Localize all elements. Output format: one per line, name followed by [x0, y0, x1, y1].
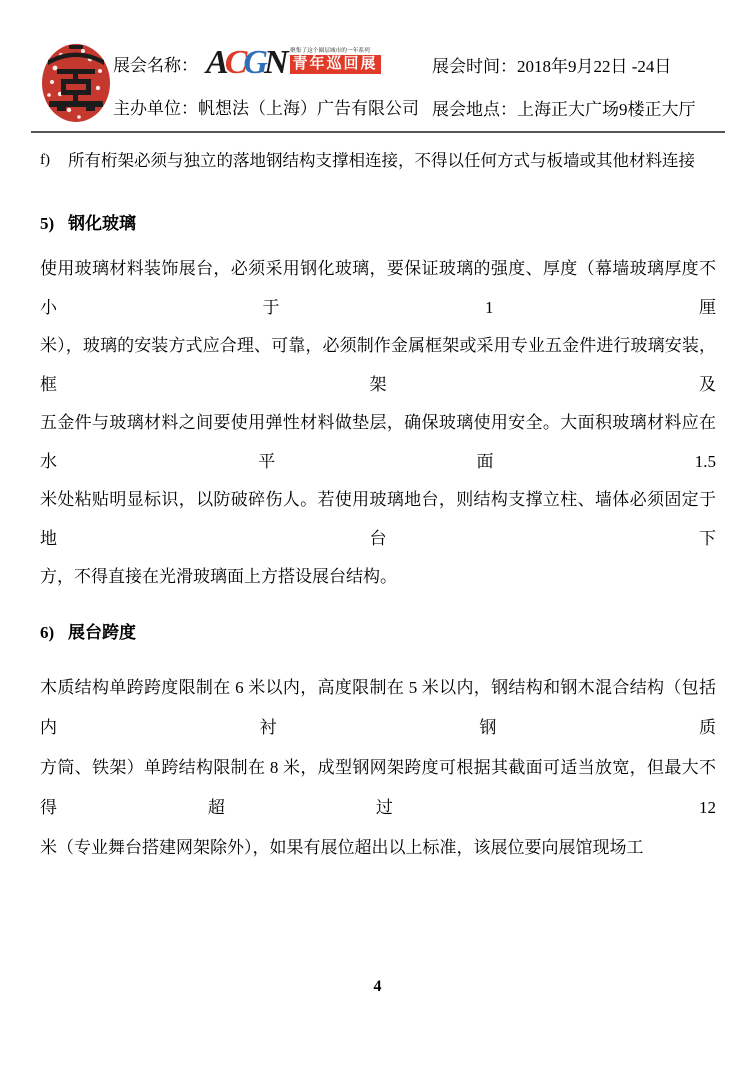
- exhibition-time-label: 展会时间：: [432, 57, 517, 76]
- list-item-f: f) 所有桁架必须与独立的落地钢结构支撑相连接，不得以任何方式与板墙或其他材料连…: [40, 148, 716, 173]
- list-item-f-marker: f): [40, 148, 68, 173]
- logo-banner: 青年巡回展: [290, 55, 381, 74]
- section-6-number: 6): [40, 622, 68, 644]
- acgn-letter-a: A: [206, 44, 225, 81]
- acgn-logo-letters: ACGN: [206, 46, 285, 80]
- section-6-paragraph: 木质结构单跨跨度限制在 6 米以内，高度限制在 5 米以内，钢结构和钢木混合结构…: [40, 668, 716, 868]
- document-body: f) 所有桁架必须与独立的落地钢结构支撑相连接，不得以任何方式与板墙或其他材料连…: [40, 133, 716, 868]
- page-footer: 4: [0, 978, 755, 996]
- list-item-f-text: 所有桁架必须与独立的落地钢结构支撑相连接，不得以任何方式与板墙或其他材料连接: [68, 148, 695, 173]
- exhibition-time-row: 展会时间：2018年9月22日 -24日: [432, 52, 696, 77]
- acgn-letter-c: C: [225, 44, 244, 81]
- paragraph-line: 米处粘贴明显标识，以防破碎伤人。若使用玻璃地台，则结构支撑立柱、墙体必须固定于地…: [40, 481, 716, 558]
- section-5-paragraph: 使用玻璃材料装饰展台，必须采用钢化玻璃，要保证玻璃的强度、厚度（幕墙玻璃厚度不小…: [40, 250, 716, 597]
- section-5-title: 钢化玻璃: [68, 213, 136, 235]
- section-5-heading: 5) 钢化玻璃: [40, 213, 716, 235]
- paragraph-line: 使用玻璃材料装饰展台，必须采用钢化玻璃，要保证玻璃的强度、厚度（幕墙玻璃厚度不小…: [40, 250, 716, 327]
- exhibition-name-label: 展会名称：: [113, 51, 198, 76]
- header-left-column: 展会名称： ACGN 聚集了这个圈层城市的一年系列 青年巡回展 主办单位：帆想法…: [113, 42, 419, 119]
- section-5-number: 5): [40, 213, 68, 235]
- paragraph-line: 米），玻璃的安装方式应合理、可靠，必须制作金属框架或采用专业五金件进行玻璃安装，…: [40, 327, 716, 404]
- organizer-label: 主办单位：: [113, 99, 198, 118]
- paragraph-line: 方，不得直接在光滑玻璃面上方搭设展台结构。: [40, 558, 716, 597]
- header-right-column: 展会时间：2018年9月22日 -24日 展会地点：上海正大广场9楼正大厅: [432, 52, 696, 120]
- acgn-logo: ACGN 聚集了这个圈层城市的一年系列 青年巡回展: [206, 46, 381, 80]
- paragraph-line: 方筒、铁架）单跨结构限制在 8 米，成型钢网架跨度可根据其截面可适当放宽，但最大…: [40, 748, 716, 828]
- exhibition-name-row: 展会名称： ACGN 聚集了这个圈层城市的一年系列 青年巡回展: [113, 42, 419, 84]
- section-6-heading: 6) 展台跨度: [40, 622, 716, 644]
- exhibition-location-row: 展会地点：上海正大广场9楼正大厅: [432, 95, 696, 120]
- paragraph-line: 五金件与玻璃材料之间要使用弹性材料做垫层，确保玻璃使用安全。大面积玻璃材料应在水…: [40, 404, 716, 481]
- paragraph-line: 木质结构单跨跨度限制在 6 米以内，高度限制在 5 米以内，钢结构和钢木混合结构…: [40, 668, 716, 748]
- logo-right-block: 聚集了这个圈层城市的一年系列 青年巡回展: [290, 47, 381, 74]
- acgn-letter-n: N: [264, 44, 285, 81]
- organizer-row: 主办单位：帆想法（上海）广告有限公司: [113, 94, 419, 119]
- exhibition-location-value: 上海正大广场9楼正大厅: [517, 100, 696, 119]
- logo-tagline: 聚集了这个圈层城市的一年系列: [290, 47, 376, 55]
- document-page: 展会名称： ACGN 聚集了这个圈层城市的一年系列 青年巡回展 主办单位：帆想法…: [0, 0, 755, 1067]
- acgn-letter-g: G: [243, 44, 264, 81]
- organizer-value: 帆想法（上海）广告有限公司: [198, 99, 419, 118]
- seal-graphic: [39, 38, 113, 124]
- exhibition-location-label: 展会地点：: [432, 100, 517, 119]
- paragraph-line: 米（专业舞台搭建网架除外），如果有展位超出以上标准，该展位要向展馆现场工: [40, 828, 716, 868]
- exhibition-time-value: 2018年9月22日 -24日: [517, 57, 671, 76]
- page-number: 4: [374, 978, 382, 995]
- section-6-title: 展台跨度: [68, 622, 136, 644]
- organizer-seal-icon: [39, 38, 113, 124]
